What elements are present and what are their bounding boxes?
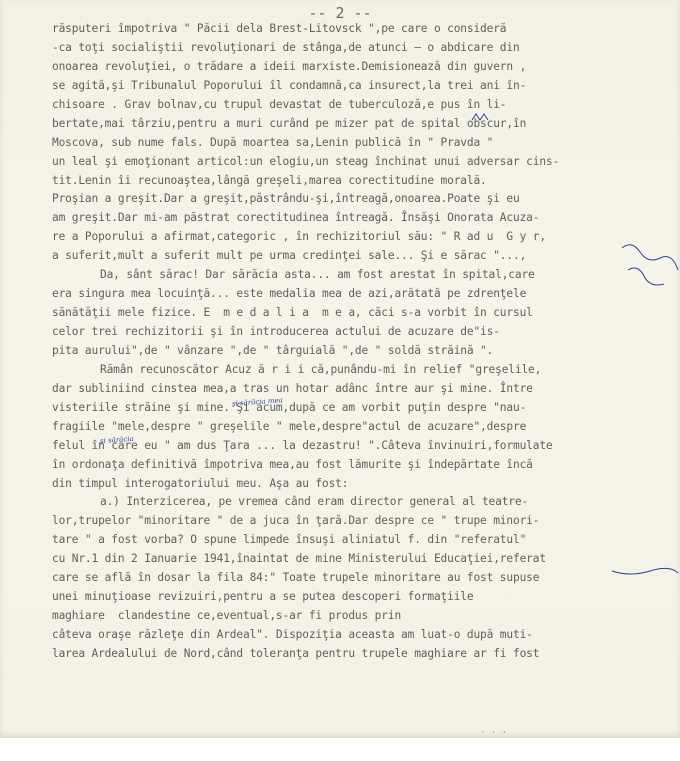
page-footer-mark: · · · xyxy=(480,728,507,738)
text-line: pita aurului",de " vânzare ",de " târgui… xyxy=(52,342,652,361)
handwritten-mark xyxy=(470,112,490,124)
text-line: din timpul interogatoriului meu. Aşa au … xyxy=(52,475,652,494)
text-line: Da, sânt sărac! Dar sărăcia asta... am f… xyxy=(52,266,652,285)
handwritten-squiggle-mark xyxy=(610,565,680,585)
text-line: -ca toţi socialiştii revoluţionari de st… xyxy=(52,39,652,58)
scanned-document-page: -- 2 -- răsputeri împotriva " Păcii dela… xyxy=(0,0,680,738)
text-line: onoarea revoluţiei, o trădare a ideii ma… xyxy=(52,58,652,77)
text-line: se agită,şi Tribunalul Poporului îl cond… xyxy=(52,77,652,96)
text-line: era singura mea locuinţă... este medalia… xyxy=(52,285,652,304)
text-line: chisoare . Grav bolnav,cu trupul devasta… xyxy=(52,96,652,115)
text-line: tit.Lenin îi recunoaştea,lângă greşeli,m… xyxy=(52,172,652,191)
text-line: tare " a fost vorba? O spune limpede îns… xyxy=(52,531,652,550)
text-line: a.) Interzicerea, pe vremea când eram di… xyxy=(52,493,652,512)
text-line: re a Poporului a afirmat,categoric , în … xyxy=(52,228,652,247)
text-line: celor trei rechizitorii şi în introducer… xyxy=(52,323,652,342)
text-line: felul în care eu " am dus Ţara ... la de… xyxy=(52,437,652,456)
text-line: un leal şi emoţionant articol:un elogiu,… xyxy=(52,153,652,172)
text-line: Proşian a greşit.Dar a greşit,păstrându-… xyxy=(52,190,652,209)
text-line: am greşit.Dar mi-am păstrat corectitudin… xyxy=(52,209,652,228)
text-line: care se află în dosar la fila 84:" Toate… xyxy=(52,569,652,588)
text-line: câteva oraşe răzleţe din Ardeal". Dispoz… xyxy=(52,626,652,645)
text-line: fragiile "mele,despre " greşelile " mele… xyxy=(52,418,652,437)
text-line: sănătăţii mele fizice. E m e d a l i a m… xyxy=(52,304,652,323)
text-line: cu Nr.1 din 2 Ianuarie 1941,înaintat de … xyxy=(52,550,652,569)
text-line: bertate,mai târziu,pentru a muri curând … xyxy=(52,115,652,134)
text-line: dar subliniind cinstea mea,a tras un hot… xyxy=(52,380,652,399)
text-line: visteriile străine şi mine. Şi acum,după… xyxy=(52,399,652,418)
text-line: în ordonaţa definitivă împotriva mea,au … xyxy=(52,456,652,475)
handwritten-squiggle-mark xyxy=(620,240,680,300)
text-line: lor,trupelor "minoritare " de a juca în … xyxy=(52,512,652,531)
text-line: a suferit,mult a suferit mult pe urma cr… xyxy=(52,247,652,266)
text-line: Rămân recunoscător Acuz ă r i i că,punân… xyxy=(52,361,652,380)
text-line: maghiare clandestine ce,eventual,s-ar fi… xyxy=(52,607,652,626)
text-line: larea Ardealului de Nord,când toleranţa … xyxy=(52,645,652,664)
text-line: unei minuţioase revizuiri,pentru a se pu… xyxy=(52,588,652,607)
text-line: Moscova, sub nume fals. După moartea sa,… xyxy=(52,134,652,153)
typewritten-body: răsputeri împotriva " Păcii dela Brest-L… xyxy=(52,20,652,664)
text-line: răsputeri împotriva " Păcii dela Brest-L… xyxy=(52,20,652,39)
